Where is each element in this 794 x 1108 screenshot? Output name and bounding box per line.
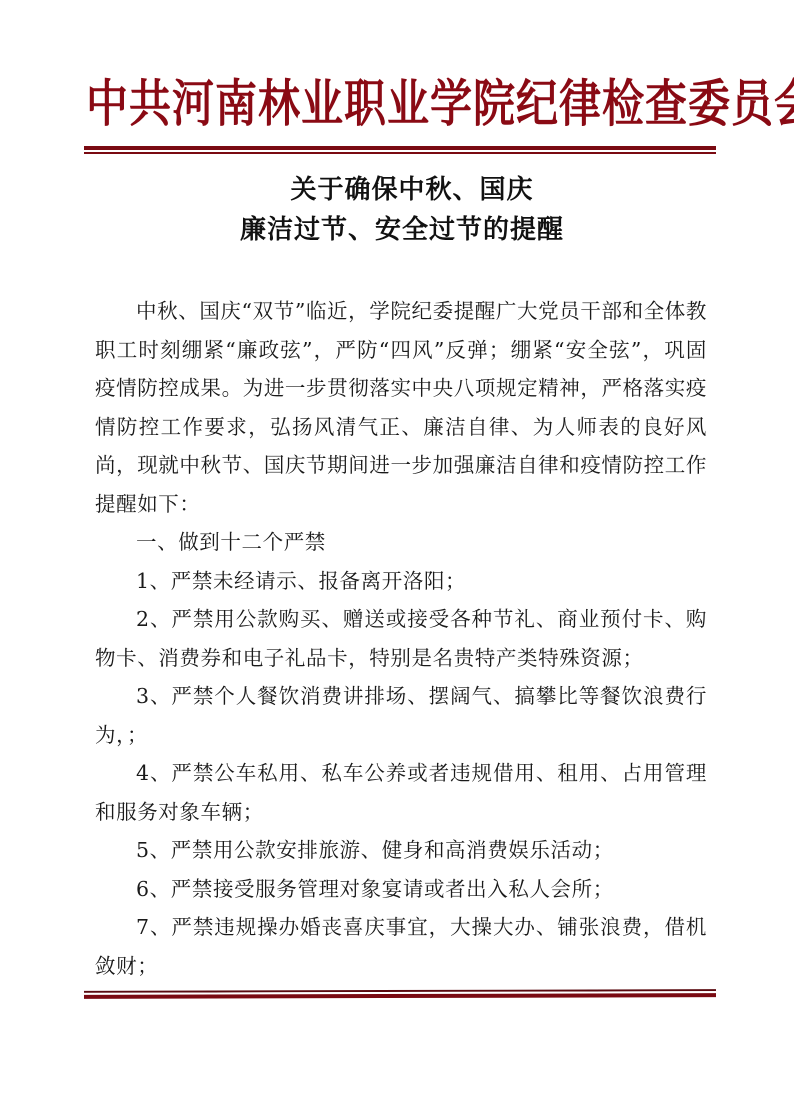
document-title: 关于确保中秋、国庆 廉洁过节、安全过节的提醒 (0, 170, 794, 250)
list-item: 4、严禁公车私用、私车公养或者违规借用、租用、占用管理和服务对象车辆； (95, 754, 707, 831)
document-title-line-2: 廉洁过节、安全过节的提醒 (0, 210, 794, 250)
list-item: 2、严禁用公款购买、赠送或接受各种节礼、商业预付卡、购物卡、消费券和电子礼品卡，… (95, 600, 707, 677)
letterhead-divider (84, 146, 716, 154)
section-heading: 一、做到十二个严禁 (95, 523, 707, 562)
list-item: 1、严禁未经请示、报备离开洛阳； (95, 562, 707, 601)
document-body: 中秋、国庆“双节”临近，学院纪委提醒广大党员干部和全体教职工时刻绷紧“廉政弦”，… (95, 292, 707, 985)
footer-divider (84, 989, 716, 999)
intro-paragraph: 中秋、国庆“双节”临近，学院纪委提醒广大党员干部和全体教职工时刻绷紧“廉政弦”，… (95, 292, 707, 523)
list-item: 3、严禁个人餐饮消费讲排场、摆阔气、搞攀比等餐饮浪费行为，； (95, 677, 707, 754)
divider-thick-line (84, 993, 716, 999)
list-item: 5、严禁用公款安排旅游、健身和高消费娱乐活动； (95, 831, 707, 870)
divider-thin-line (84, 152, 716, 154)
document-title-line-1: 关于确保中秋、国庆 (0, 170, 794, 210)
list-item: 7、严禁违规操办婚丧喜庆事宜，大操大办、铺张浪费，借机敛财； (95, 908, 707, 985)
list-item: 6、严禁接受服务管理对象宴请或者出入私人会所； (95, 870, 707, 909)
letterhead-title: 中共河南林业职业学院纪律检查委员会 (86, 68, 716, 140)
